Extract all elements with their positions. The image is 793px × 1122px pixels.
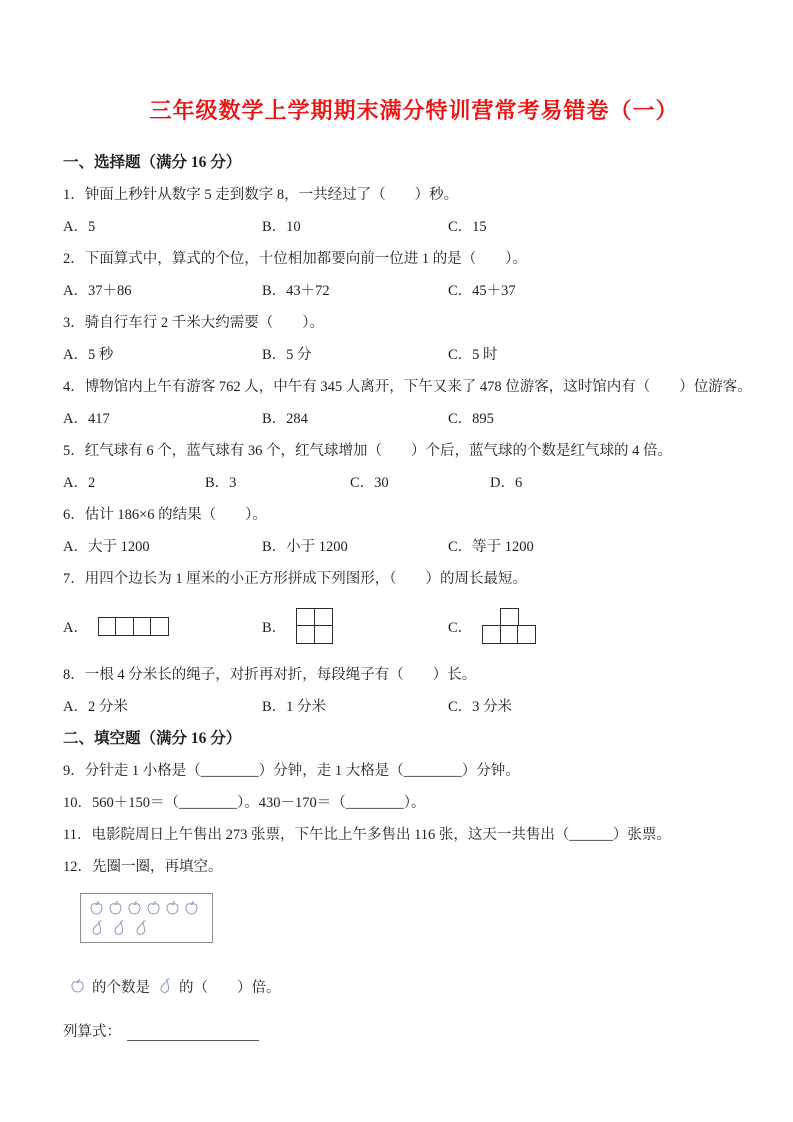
question-11-text: 11．电影院周日上午售出 273 张票，下午比上午多售出 116 张，这天一共售…	[63, 819, 765, 851]
question-3-options: A．5 秒 B．5 分 C．5 时	[63, 339, 765, 371]
option-c: C．895	[448, 403, 765, 435]
formula-blank-underline	[127, 1023, 259, 1041]
option-b: B．43＋72	[262, 275, 448, 307]
option-b-label: B．	[262, 616, 286, 637]
question-6-text: 6．估计 186×6 的结果（ ）。	[63, 499, 765, 531]
question-12-sentence: 的个数是 的（ ）倍。	[63, 971, 765, 1001]
page-title: 三年级数学上学期期末满分特训营常考易错卷（一）	[63, 95, 765, 127]
formula-line: 列算式：	[63, 1017, 765, 1041]
option-b: B．1 分米	[262, 691, 448, 723]
option-d: D．6	[490, 467, 765, 499]
apple-icon	[183, 900, 200, 917]
question-1-options: A．5 B．10 C．15	[63, 211, 765, 243]
option-c: C．45＋37	[448, 275, 765, 307]
question-4-options: A．417 B．284 C．895	[63, 403, 765, 435]
option-a: A．大于 1200	[63, 531, 262, 563]
pear-row	[88, 919, 206, 938]
option-b: B．5 分	[262, 339, 448, 371]
question-2-options: A．37＋86 B．43＋72 C．45＋37	[63, 275, 765, 307]
pear-icon	[110, 919, 127, 938]
option-c-label: C．	[448, 616, 472, 637]
question-4-text: 4．博物馆内上午有游客 762 人，中午有 345 人离开，下午又来了 478 …	[63, 371, 765, 403]
question-6-options: A．大于 1200 B．小于 1200 C．等于 1200	[63, 531, 765, 563]
option-a-label: A．	[63, 616, 88, 637]
question-1-text: 1．钟面上秒针从数字 5 走到数字 8，一共经过了（ ）秒。	[63, 179, 765, 211]
option-b: B．10	[262, 211, 448, 243]
section-heading-choice: 一、选择题（满分 16 分）	[63, 147, 765, 179]
question-5-text: 5．红气球有 6 个，蓝气球有 36 个，红气球增加（ ）个后，蓝气球的个数是红…	[63, 435, 765, 467]
pear-icon	[88, 919, 105, 938]
question-2-text: 2．下面算式中，算式的个位，十位相加都要向前一位进 1 的是（ ）。	[63, 243, 765, 275]
option-c: C．30	[350, 467, 490, 499]
sentence-mid: 的个数是	[92, 976, 150, 997]
option-a: A．5	[63, 211, 262, 243]
question-5-options: A．2 B．3 C．30 D．6	[63, 467, 765, 499]
question-8-text: 8．一根 4 分米长的绳子，对折再对折，每段绳子有（ ）长。	[63, 659, 765, 691]
apple-icon	[69, 978, 86, 995]
two-by-two-squares-shape	[296, 608, 333, 645]
fruit-picture-box	[80, 893, 213, 943]
question-10-text: 10．560＋150＝（________）。430－170＝（________）…	[63, 787, 765, 819]
t-shape-squares	[482, 608, 536, 645]
section-heading-fill: 二、填空题（满分 16 分）	[63, 723, 765, 755]
apple-icon	[88, 900, 105, 917]
question-9-text: 9．分针走 1 小格是（________）分钟，走 1 大格是（________…	[63, 755, 765, 787]
apple-slot	[66, 978, 89, 995]
option-c: C．等于 1200	[448, 531, 765, 563]
option-a: A．37＋86	[63, 275, 262, 307]
apple-icon	[145, 900, 162, 917]
pear-slot	[153, 977, 176, 996]
sentence-tail: 的（ ）倍。	[179, 976, 281, 997]
option-a: A．5 秒	[63, 339, 262, 371]
option-b: B．3	[205, 467, 350, 499]
four-squares-row-shape	[98, 617, 170, 636]
option-c: C．15	[448, 211, 765, 243]
option-b-shape: B．	[262, 608, 448, 645]
option-b: B．小于 1200	[262, 531, 448, 563]
pear-icon	[132, 919, 149, 938]
question-12-text: 12．先圈一圈，再填空。	[63, 851, 765, 883]
apple-icon	[126, 900, 143, 917]
option-c-shape: C．	[448, 608, 536, 645]
question-3-text: 3．骑自行车行 2 千米大约需要（ ）。	[63, 307, 765, 339]
option-c: C．5 时	[448, 339, 765, 371]
option-a: A．417	[63, 403, 262, 435]
option-b: B．284	[262, 403, 448, 435]
question-7-text: 7．用四个边长为 1 厘米的小正方形拼成下列图形，（ ）的周长最短。	[63, 563, 765, 595]
apple-icon	[164, 900, 181, 917]
question-7-shape-options: A． B． C．	[63, 597, 765, 655]
apple-icon	[107, 900, 124, 917]
option-c: C．3 分米	[448, 691, 765, 723]
question-8-options: A．2 分米 B．1 分米 C．3 分米	[63, 691, 765, 723]
option-a-shape: A．	[63, 616, 262, 637]
option-a: A．2	[63, 467, 205, 499]
formula-label: 列算式：	[63, 1020, 121, 1041]
exam-paper-page: 三年级数学上学期期末满分特训营常考易错卷（一） 一、选择题（满分 16 分） 1…	[0, 0, 793, 1122]
pear-icon	[156, 977, 173, 996]
option-a: A．2 分米	[63, 691, 262, 723]
apple-row	[88, 900, 206, 917]
